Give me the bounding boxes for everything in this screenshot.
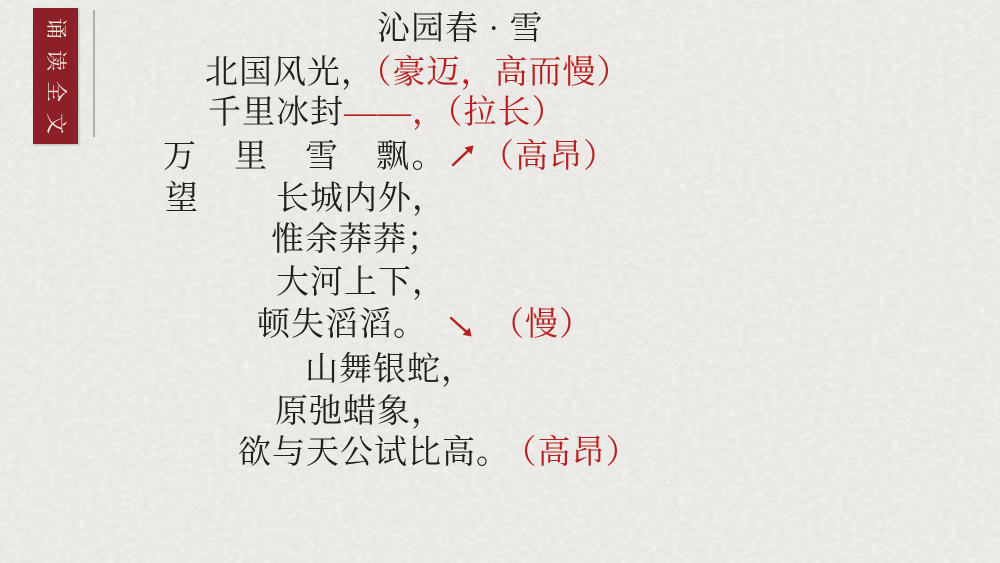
rising-tone-arrow-icon: [449, 141, 479, 169]
poem-line-2: 千里冰封——，（拉长）: [208, 95, 566, 133]
falling-tone-arrow-icon: [447, 313, 477, 341]
verse-text: 原弛蜡象，: [275, 394, 445, 430]
verse-text: 万 里 雪 飘。: [163, 139, 447, 175]
poem-line-10: 欲与天公试比高。（高昂）: [238, 435, 640, 473]
poem-line-8: 山舞银蛇，: [305, 352, 475, 390]
tone-annotation: （高昂）: [520, 435, 640, 471]
presentation-slide: 诵 读 全 文 沁园春 · 雪 北国风光，（豪迈，高而慢） 千里冰封——，（拉长…: [0, 0, 1000, 563]
tone-annotation: （豪迈，高而慢）: [375, 55, 631, 91]
tone-annotation: （高昂）: [481, 139, 617, 175]
verse-text: 望: [165, 181, 199, 217]
poem-line-3: 万 里 雪 飘。（高昂）: [163, 139, 617, 177]
verse-text: 惟余莽莽；: [271, 222, 441, 258]
poem-line-5: 惟余莽莽；: [271, 222, 441, 260]
verse-text: 顿失滔滔。: [257, 307, 427, 343]
poem-body: 沁园春 · 雪 北国风光，（豪迈，高而慢） 千里冰封——，（拉长） 万 里 雪 …: [0, 0, 1000, 563]
poem-line-7: 顿失滔滔。（慢）: [257, 307, 593, 345]
verse-text: 北国风光，: [205, 55, 375, 91]
poem-line-4: 望长城内外，: [165, 181, 446, 219]
tone-annotation: （慢）: [491, 307, 593, 343]
verse-text: 长城内外，: [276, 181, 446, 217]
elongation-dash: ——，: [344, 95, 446, 131]
poem-line-1: 北国风光，（豪迈，高而慢）: [205, 55, 631, 93]
verse-text: 大河上下，: [276, 265, 446, 301]
poem-title: 沁园春 · 雪: [377, 11, 544, 49]
poem-line-6: 大河上下，: [276, 265, 446, 303]
poem-line-9: 原弛蜡象，: [275, 394, 445, 432]
tone-annotation: （拉长）: [446, 95, 566, 131]
verse-text: 千里冰封: [208, 95, 344, 131]
verse-text: 欲与天公试比高。: [238, 435, 510, 471]
verse-text: 山舞银蛇，: [305, 352, 475, 388]
